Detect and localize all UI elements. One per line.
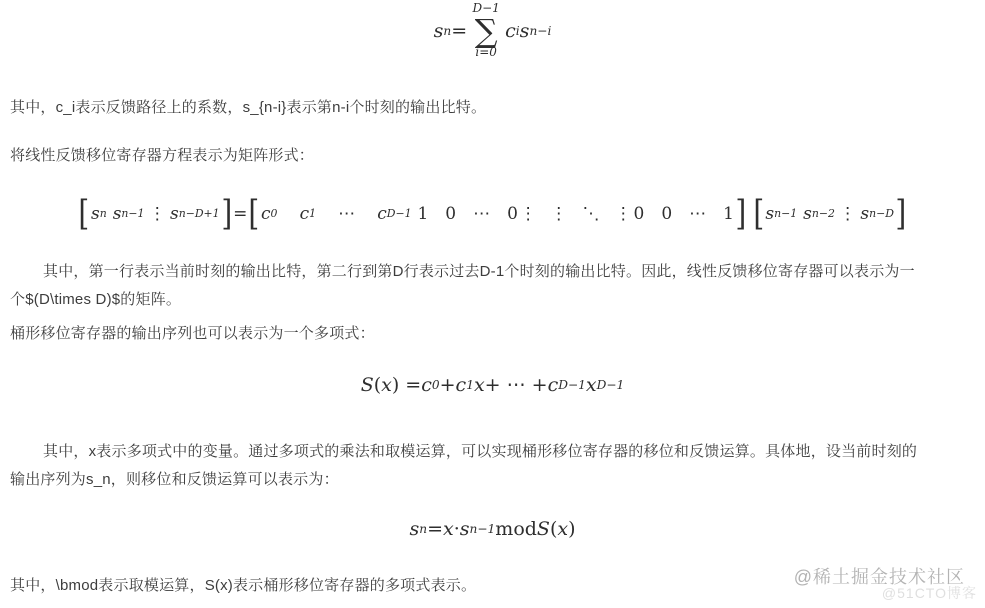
paragraph-matrix-explanation: 其中，第一行表示当前时刻的输出比特，第二行到第D行表示过去D-1个时刻的输出比特… [10, 258, 977, 314]
paragraph-modular-explanation: 其中，x表示多项式中的变量。通过多项式的乘法和取模运算，可以实现桶形移位寄存器的… [10, 438, 977, 494]
paragraph-matrix-intro: 将线性反馈移位寄存器方程表示为矩阵形式： [10, 142, 977, 170]
article-page: sn = D−1∑i=0cisn−i 其中，c_i表示反馈路径上的系数，s_{n… [0, 0, 985, 608]
paragraph-polynomial-intro: 桶形移位寄存器的输出序列也可以表示为一个多项式： [10, 320, 977, 348]
formula-lfsr-recurrence: sn = D−1∑i=0cisn−i [0, 4, 985, 58]
paragraph-matrix-explanation-line2: 个$(D\times D)$的矩阵。 [10, 286, 977, 314]
formula-shift-mod: sn = x · sn−1 mod S(x) [0, 511, 985, 547]
paragraph-modular-explanation-line2: 输出序列为s_n，则移位和反馈运算可以表示为： [10, 466, 977, 494]
paragraph-modular-explanation-line1: 其中，x表示多项式中的变量。通过多项式的乘法和取模运算，可以实现桶形移位寄存器的… [10, 438, 977, 466]
paragraph-matrix-explanation-line1: 其中，第一行表示当前时刻的输出比特，第二行到第D行表示过去D-1个时刻的输出比特… [10, 258, 977, 286]
watermark-51cto-blog: @51CTO博客 [882, 583, 977, 603]
formula-polynomial: S(x) = c0 + c1x + ⋯ + cD−1xD−1 [0, 365, 985, 405]
formula-matrix-equation: [snsn−1⋮sn−D+1] = [c0c1⋯cD−110⋯0⋮⋮⋱⋮00⋯1… [0, 190, 985, 238]
paragraph-coefficient-explanation: 其中，c_i表示反馈路径上的系数，s_{n-i}表示第n-i个时刻的输出比特。 [10, 94, 977, 122]
